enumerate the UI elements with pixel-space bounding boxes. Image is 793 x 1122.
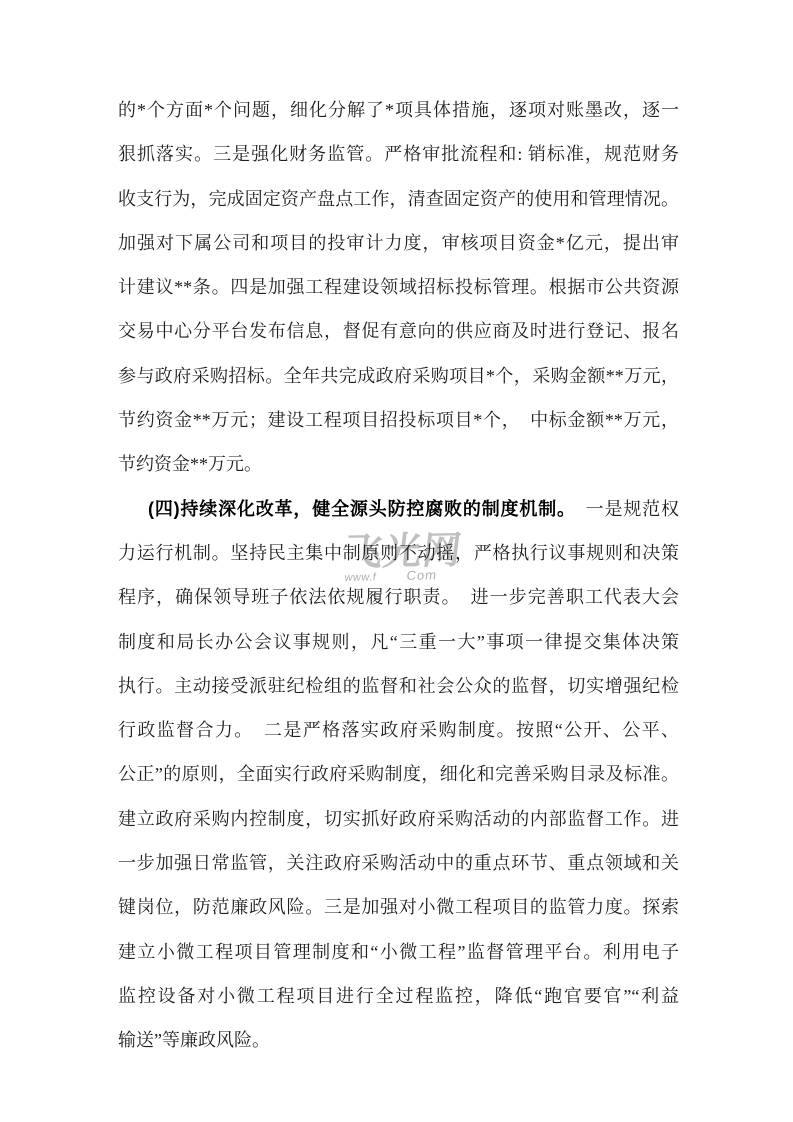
text-line: 执行。主动接受派驻纪检组的监督和社会公众的监督，切实增强纪检	[118, 664, 679, 708]
section-heading-continuation: 一是规范权	[567, 499, 679, 519]
text-line: 节约资金**万元。	[118, 442, 679, 486]
document-body: 的*个方面*个问题，细化分解了*项具体措施，逐项对账墨改，逐一 狠抓落实。三是强…	[118, 88, 679, 1063]
text-line: 交易中心分平台发布信息，督促有意向的供应商及时进行登记、报名	[118, 309, 679, 353]
text-line: 键岗位，防范廉政风险。三是加强对小微工程项目的监管力度。探索	[118, 885, 679, 929]
text-line: 狠抓落实。三是强化财务监管。严格审批流程和: 销标准，规范财务	[118, 132, 679, 176]
text-line: 程序，确保领导班子依法依规履行职责。 进一步完善职工代表大会	[118, 575, 679, 619]
text-line: 制度和局长办公会议事规则，凡“三重一大”事项一律提交集体决策	[118, 620, 679, 664]
text-line: 参与政府采购招标。全年共完成政府采购项目*个，采购金额**万元，	[118, 354, 679, 398]
text-line: 建立政府采购内控制度，切实抓好政府采购活动的内部监督工作。进	[118, 797, 679, 841]
text-line: 行政监督合力。 二是严格落实政府采购制度。按照“公开、公平、	[118, 708, 679, 752]
text-line: 建立小微工程项目管理制度和“小微工程”监督管理平台。利用电子	[118, 930, 679, 974]
text-line: 公正”的原则，全面实行政府采购制度，细化和完善采购目录及标准。	[118, 752, 679, 796]
text-line: 一步加强日常监管，关注政府采购活动中的重点环节、重点领域和关	[118, 841, 679, 885]
section-heading-line: (四)持续深化改革，健全源头防控腐败的制度机制。 一是规范权	[118, 487, 679, 531]
text-line: 加强对下属公司和项目的投审计力度，审核项目资金*亿元，提出审	[118, 221, 679, 265]
text-line: 计建议**条。四是加强工程建设领域招标投标管理。根据市公共资源	[118, 265, 679, 309]
text-line: 力运行机制。坚持民主集中制原则不动摇，严格执行议事规则和决策	[118, 531, 679, 575]
paragraph-reform-section: (四)持续深化改革，健全源头防控腐败的制度机制。 一是规范权 力运行机制。坚持民…	[118, 487, 679, 1063]
paragraph-audit-procurement: 的*个方面*个问题，细化分解了*项具体措施，逐项对账墨改，逐一 狠抓落实。三是强…	[118, 88, 679, 487]
text-line: 输送”等廉政风险。	[118, 1018, 679, 1062]
text-line: 的*个方面*个问题，细化分解了*项具体措施，逐项对账墨改，逐一	[118, 88, 679, 132]
document-page: 飞光网 www.f Com 的*个方面*个问题，细化分解了*项具体措施，逐项对账…	[0, 0, 793, 1122]
text-line: 收支行为，完成固定资产盘点工作，清查固定资产的使用和管理情况。	[118, 177, 679, 221]
section-heading-bold: (四)持续深化改革，健全源头防控腐败的制度机制。	[148, 499, 567, 519]
text-line: 节约资金**万元；建设工程项目招投标项目*个， 中标金额**万元，	[118, 398, 679, 442]
text-line: 监控设备对小微工程项目进行全过程监控，降低“跑官要官”“利益	[118, 974, 679, 1018]
